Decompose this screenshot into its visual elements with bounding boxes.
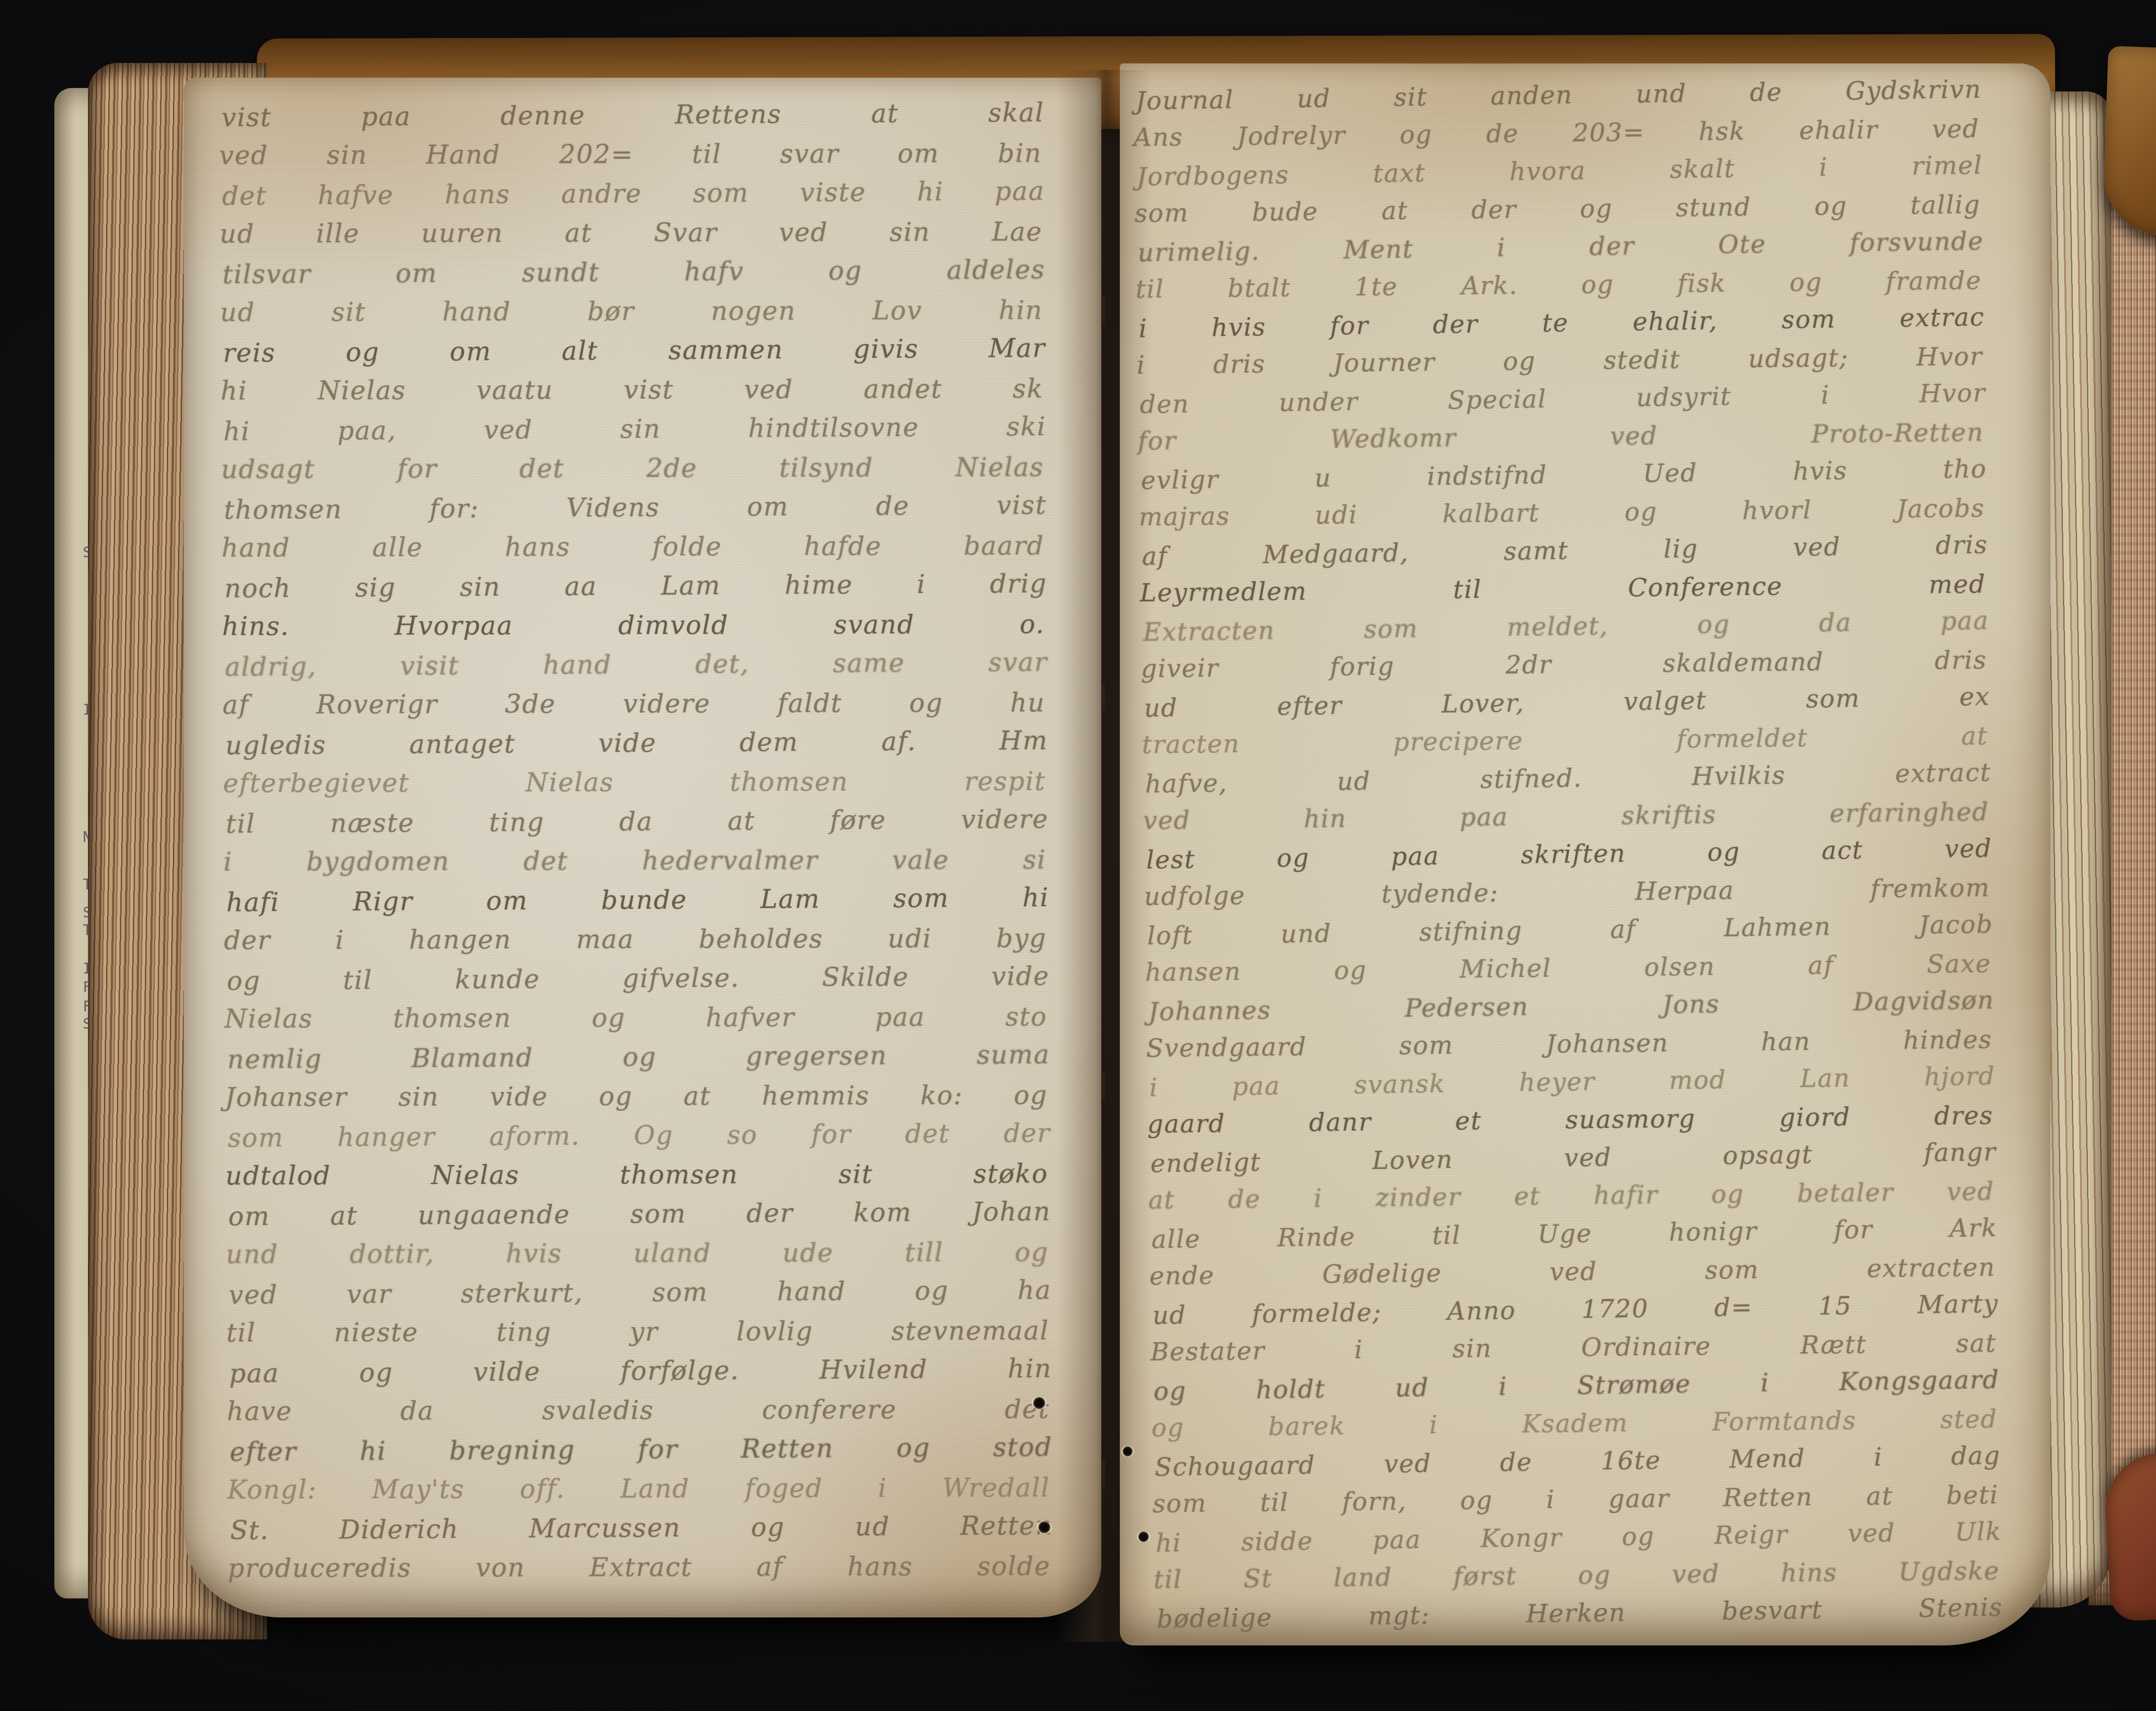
left-page-handwriting: vist paa denne Rettens at skalved sin Ha… — [219, 93, 1050, 1590]
handwriting-line: hi Nielas vaatu vist ved andet sk — [220, 370, 1043, 411]
handwriting-line: ugledis antaget vide dem af. Hm — [225, 721, 1048, 766]
handwriting-line: der i hangen maa beholdes udi byg — [224, 919, 1047, 960]
handwriting-line: noch sig sin aa Lam hime i drig — [224, 564, 1047, 609]
handwriting-line: i bygdomen det hedervalmer vale si — [223, 841, 1046, 882]
handwriting-line: produceredis von Extract af hans solde — [228, 1547, 1050, 1588]
handwriting-line: vist paa denne Rettens at skal — [221, 93, 1044, 138]
handwriting-line: ved var sterkurt, som hand og ha — [229, 1271, 1052, 1315]
handwriting-line: hins. Hvorpaa dimvold svand o. — [222, 605, 1045, 647]
right-page-handwriting: Journal ud sit anden und de GydskrivnAns… — [1133, 70, 2000, 1638]
handwriting-line: udtalod Nielas thomsen sit støko — [226, 1154, 1048, 1196]
handwriting-line: paa og vilde forfølge. Hvilend hin — [229, 1349, 1052, 1394]
handwriting-line: und dottir, hvis uland ude till og — [226, 1233, 1049, 1274]
handwriting-line: hand alle hans folde hafde baard — [222, 527, 1044, 568]
handwriting-line: Kongl: May'ts off. Land foged i Wredall — [227, 1468, 1050, 1510]
handwriting-line: ved sin Hand 202= til svar om bin — [219, 134, 1042, 176]
handwriting-line: Johanser sin vide og at hemmis ko: og — [225, 1076, 1047, 1117]
handwriting-line: om at ungaaende som der kom Johan — [228, 1192, 1051, 1237]
wormhole — [1121, 1446, 1134, 1457]
handwriting-line: hafi Rigr om bunde Lam som hi — [226, 878, 1050, 923]
handwriting-line: Nielas thomsen og hafver paa sto — [224, 997, 1047, 1039]
handwriting-line: thomsen for: Videns om de vist — [224, 486, 1047, 530]
wormhole — [1137, 1531, 1150, 1542]
handwriting-line: og til kunde gifvelse. Skilde vide — [227, 957, 1050, 1001]
handwriting-line: ud ille uuren at Svar ved sin Lae — [219, 213, 1042, 254]
handwriting-line: aldrig, visit hand det, same svar — [225, 643, 1048, 687]
handwriting-line: efter hi bregning for Retten og stod — [229, 1428, 1053, 1472]
handwriting-line: hi paa, ved sin hindtilsovne ski — [223, 407, 1047, 452]
handwriting-line: til næste ting da at føre videre — [226, 800, 1049, 844]
handwriting-line: ud sit hand bør nogen Lov hin — [220, 291, 1043, 333]
binding-stitches — [1102, 70, 1105, 1642]
handwriting-line: tilsvar om sundt hafv og aldeles — [222, 250, 1046, 295]
handwriting-line: som hanger aform. Og so for det der — [228, 1114, 1051, 1158]
handwriting-line: St. Diderich Marcussen og ud Retten — [230, 1506, 1053, 1551]
wormhole — [1031, 1397, 1047, 1410]
handwriting-line: udsagt for det 2de tilsynd Nielas — [221, 448, 1044, 490]
handwriting-line: have da svaledis conferere det — [227, 1390, 1050, 1431]
handwriting-line: reis og om alt sammen givis Mar — [223, 329, 1046, 373]
handwriting-line: nemlig Blamand og gregersen suma — [227, 1035, 1050, 1080]
handwriting-line: efterbegievet Nielas thomsen respit — [223, 762, 1046, 804]
handwriting-line: det hafve hans andre som viste hi paa — [222, 172, 1045, 216]
handwriting-line: af Roverigr 3de videre faldt og hu — [222, 684, 1045, 725]
handwriting-line: til nieste ting yr lovlig stevnemaal — [226, 1311, 1049, 1353]
photo-backdrop: SINTSTIFFS vist paa denne Rettens at ska… — [0, 0, 2156, 1711]
